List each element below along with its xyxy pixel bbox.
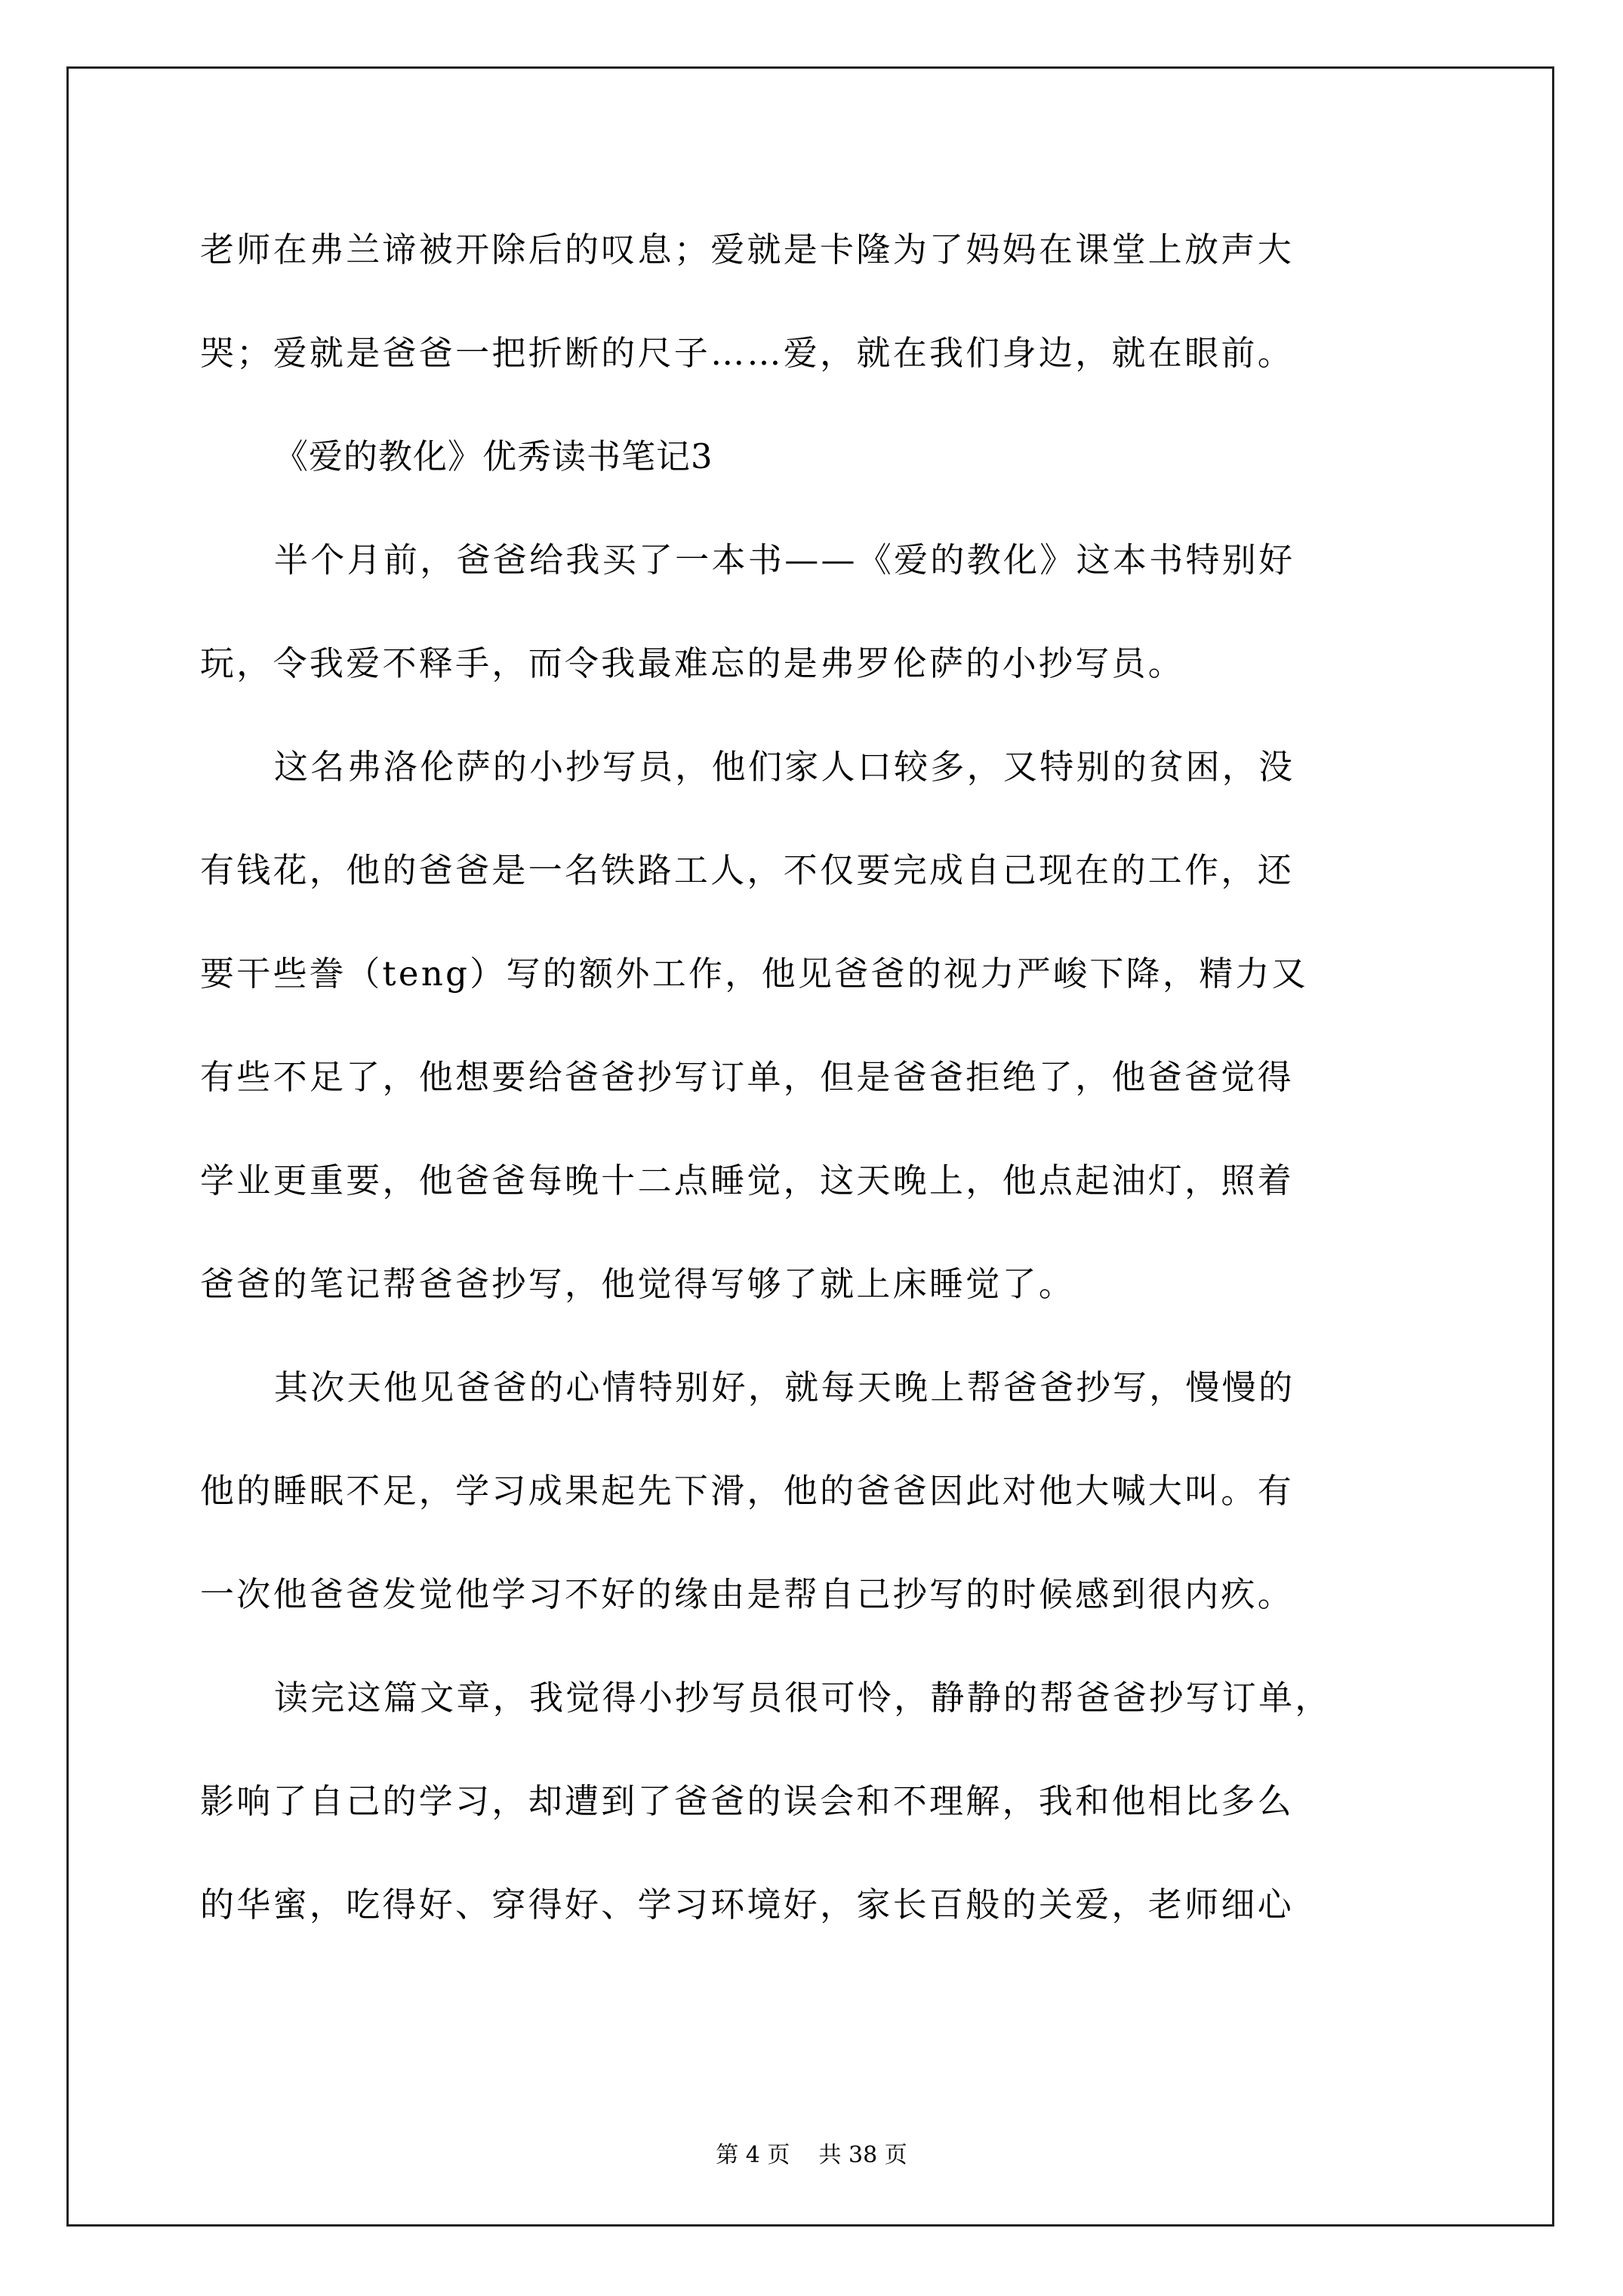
text-line: 一次他爸爸发觉他学习不好的缘由是帮自己抄写的时候感到很内疚。 [200, 1542, 1427, 1646]
text-line: 影响了自己的学习，却遭到了爸爸的误会和不理解，我和他相比多么 [200, 1749, 1427, 1853]
paragraph-start-line: 读完这篇文章，我觉得小抄写员很可怜，静静的帮爸爸抄写订单， [200, 1646, 1427, 1749]
text-line: 有些不足了，他想要给爸爸抄写订单，但是爸爸拒绝了，他爸爸觉得 [200, 1025, 1427, 1129]
text-line: 老师在弗兰谛被开除后的叹息；爱就是卡隆为了妈妈在课堂上放声大 [200, 198, 1427, 301]
paragraph-start-line: 半个月前，爸爸给我买了一本书——《爱的教化》这本书特别好 [200, 508, 1427, 612]
paragraph-start-line: 这名弗洛伦萨的小抄写员，他们家人口较多，又特别的贫困，没 [200, 715, 1427, 818]
page-number-footer: 第 4 页 共 38 页 [0, 2140, 1623, 2171]
document-body: 老师在弗兰谛被开除后的叹息；爱就是卡隆为了妈妈在课堂上放声大 哭；爱就是爸爸一把… [200, 198, 1427, 1956]
text-line: 学业更重要，他爸爸每晚十二点睡觉，这天晚上，他点起油灯，照着 [200, 1129, 1427, 1232]
text-line: 的华蜜，吃得好、穿得好、学习环境好，家长百般的关爱，老师细心 [200, 1853, 1427, 1956]
paragraph-start-line: 其次天他见爸爸的心情特别好，就每天晚上帮爸爸抄写，慢慢的 [200, 1336, 1427, 1439]
text-line: 哭；爱就是爸爸一把折断的尺子……爱，就在我们身边，就在眼前。 [200, 301, 1427, 405]
text-line: 爸爸的笔记帮爸爸抄写，他觉得写够了就上床睡觉了。 [200, 1232, 1427, 1336]
section-heading: 《爱的教化》优秀读书笔记3 [200, 405, 1427, 508]
text-line: 玩，令我爱不释手，而令我最难忘的是弗罗伦萨的小抄写员。 [200, 612, 1427, 715]
text-line: 要干些誊（teng）写的额外工作，他见爸爸的视力严峻下降，精力又 [200, 922, 1427, 1025]
text-line: 他的睡眠不足，学习成果起先下滑，他的爸爸因此对他大喊大叫。有 [200, 1439, 1427, 1542]
text-line: 有钱花，他的爸爸是一名铁路工人，不仅要完成自己现在的工作，还 [200, 818, 1427, 922]
